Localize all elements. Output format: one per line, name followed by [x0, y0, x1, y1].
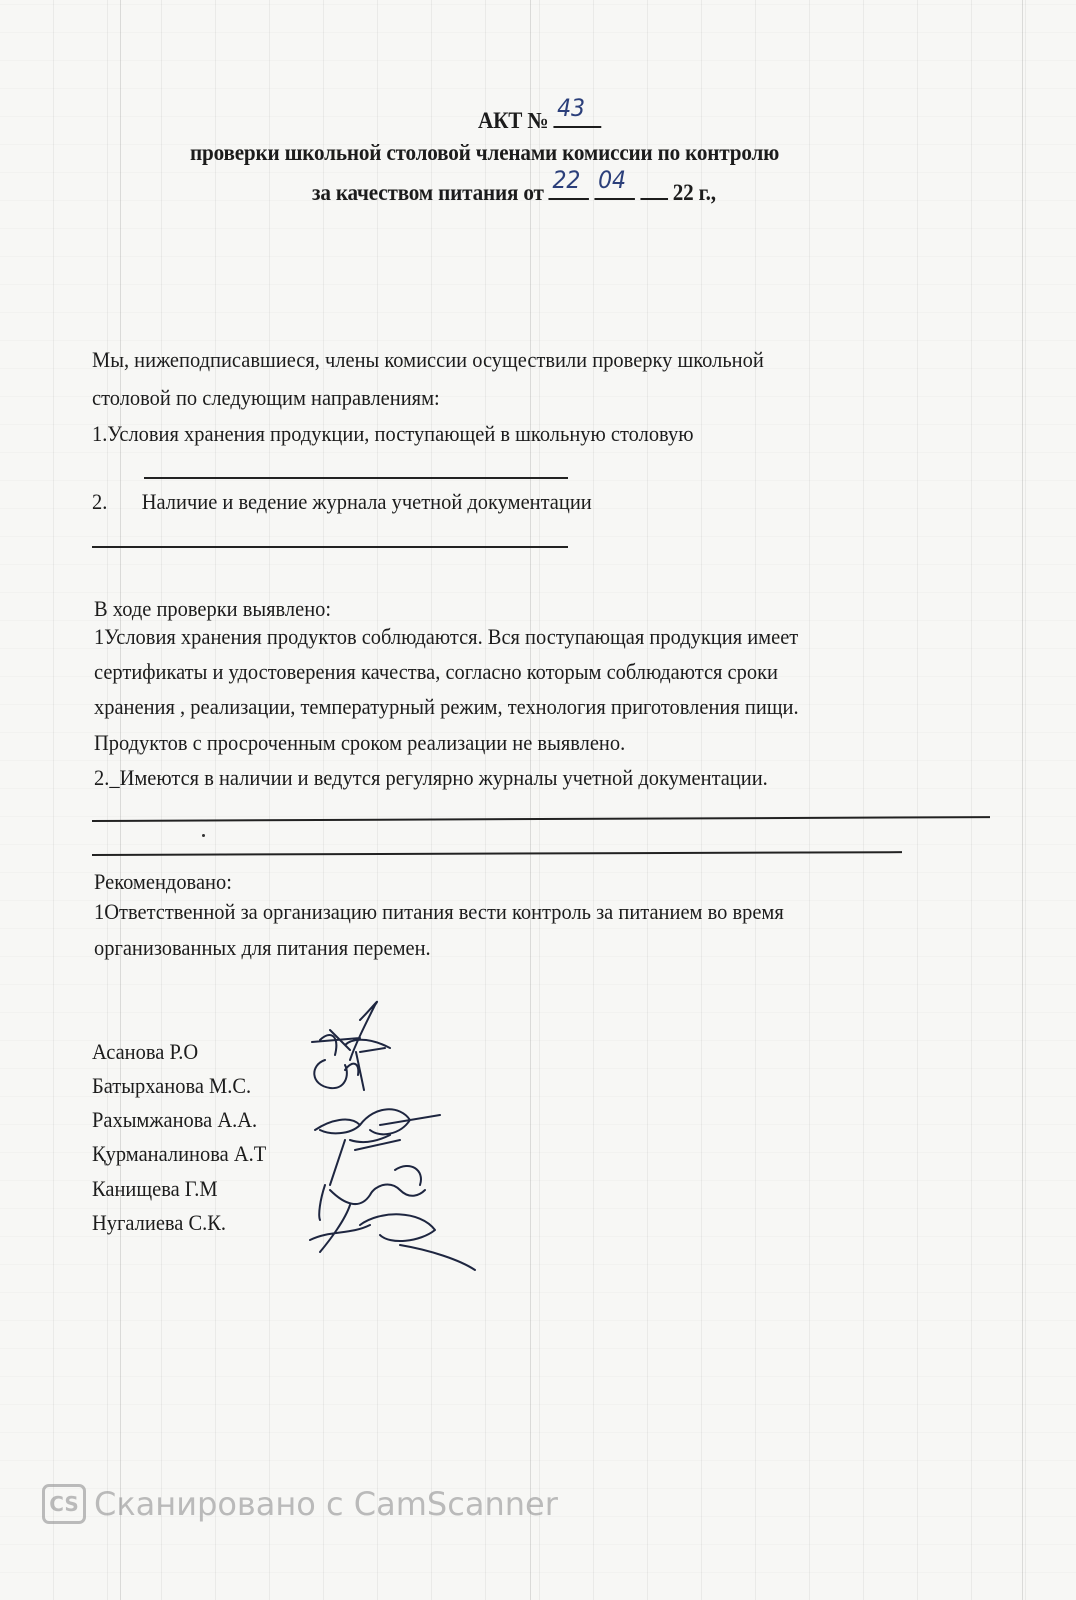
- signatory-name: Рахымжанова А.А.: [92, 1107, 257, 1133]
- signature-6: [310, 1205, 475, 1270]
- blank-line: [92, 546, 568, 548]
- signature-5: [319, 1166, 425, 1220]
- date-month-field: 04: [594, 176, 634, 200]
- signatory-name: Батырханова М.С.: [92, 1073, 251, 1099]
- signatory-name: Канищева Г.М: [92, 1176, 218, 1202]
- recommendation-line: 1Ответственной за организацию питания ве…: [94, 899, 784, 925]
- scan-artifact-line: [1022, 0, 1023, 1600]
- blank-line: [144, 477, 568, 479]
- date-day-handwritten: 22: [553, 166, 581, 194]
- blank-line: [92, 816, 990, 822]
- signature-4: [330, 1135, 400, 1185]
- scan-artifact-line: [530, 0, 531, 1600]
- findings-line: 2._Имеются в наличии и ведутся регулярно…: [94, 765, 768, 791]
- signature-3: [315, 1109, 440, 1134]
- signatory-name: Асанова Р.О: [92, 1039, 198, 1065]
- act-title: АКТ № 43: [478, 104, 601, 134]
- signatures-block: [290, 990, 490, 1290]
- intro-line-1: Мы, нижеподписавшиеся, члены комиссии ос…: [92, 347, 764, 373]
- act-subtitle-line2: за качеством питания от 22 04 22 г.,: [312, 176, 716, 206]
- recommendation-line: организованных для питания перемен.: [94, 935, 431, 961]
- act-subtitle-line1: проверки школьной столовой членами комис…: [190, 140, 779, 166]
- direction-item-1: 1.Условия хранения продукции, поступающе…: [92, 421, 694, 447]
- date-day-field: 22: [549, 176, 589, 200]
- scan-speck: [202, 834, 205, 837]
- findings-line: Продуктов с просроченным сроком реализац…: [94, 730, 625, 756]
- signatory-name: Нугалиева С.К.: [92, 1210, 226, 1236]
- findings-heading: В ходе проверки выявлено:: [94, 596, 331, 622]
- act-number-field: 43: [553, 104, 601, 128]
- watermark-text: Сканировано с CamScanner: [94, 1485, 558, 1523]
- blank-line: [92, 851, 902, 856]
- scan-artifact-line: [120, 0, 121, 1600]
- camscanner-watermark: CS Сканировано с CamScanner: [42, 1484, 558, 1524]
- signature-1: [312, 1002, 390, 1060]
- date-blank: [640, 176, 668, 200]
- camscanner-logo-icon: CS: [42, 1484, 86, 1524]
- date-month-handwritten: 04: [598, 166, 626, 194]
- intro-line-2: столовой по следующим направлениям:: [92, 385, 440, 411]
- act-number-handwritten: 43: [557, 94, 585, 122]
- signatory-name: Қурманалинова А.Т: [92, 1141, 266, 1167]
- recommendations-heading: Рекомендовано:: [94, 869, 232, 895]
- scanned-page: АКТ № 43 проверки школьной столовой член…: [0, 0, 1076, 1600]
- findings-line: сертификаты и удостоверения качества, со…: [94, 659, 778, 685]
- findings-line: хранения , реализации, температурный реж…: [94, 694, 799, 720]
- direction-item-2: 2. Наличие и ведение журнала учетной док…: [92, 489, 592, 515]
- findings-line: 1Условия хранения продуктов соблюдаются.…: [94, 624, 798, 650]
- signature-2: [314, 1048, 385, 1090]
